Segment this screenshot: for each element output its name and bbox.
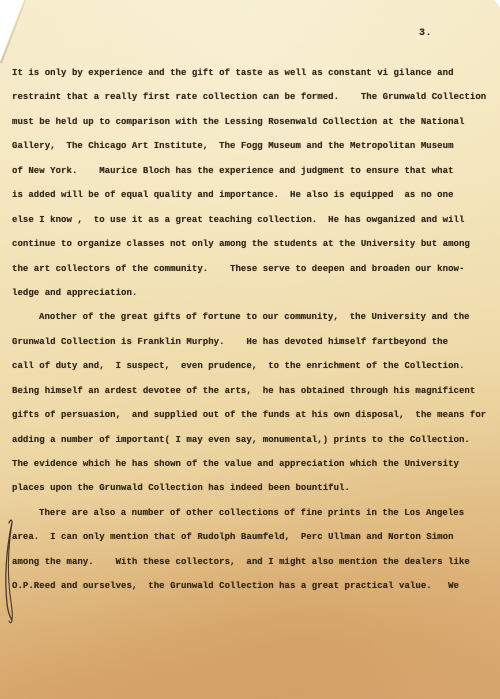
text-line: It is only by experience and the gift of… bbox=[12, 61, 494, 85]
text-line: of New York. Maurice Bloch has the exper… bbox=[12, 159, 494, 183]
text-line: The evidence which he has shown of the v… bbox=[12, 452, 494, 476]
text-line: continue to organize classes not only am… bbox=[12, 232, 494, 256]
text-line: restraint that a really first rate colle… bbox=[12, 85, 494, 109]
text-line: adding a number of important( I may even… bbox=[12, 428, 494, 452]
paragraph: There are also a number of other collect… bbox=[12, 501, 494, 599]
text-line: the art collectors of the community. The… bbox=[12, 257, 494, 281]
scanned-document: 3. It is only by experience and the gift… bbox=[0, 0, 500, 699]
text-line: call of duty and, I suspect, even pruden… bbox=[12, 354, 494, 378]
paragraph: Another of the great gifts of fortune to… bbox=[12, 305, 494, 501]
paragraph: It is only by experience and the gift of… bbox=[12, 61, 494, 305]
text-line: Grunwald Collection is Franklin Murphy. … bbox=[12, 330, 494, 354]
text-block: It is only by experience and the gift of… bbox=[12, 61, 494, 599]
text-line: Another of the great gifts of fortune to… bbox=[12, 305, 494, 329]
text-line: ledge and appreciation. bbox=[12, 281, 494, 305]
text-line: else I know , to use it as a great teach… bbox=[12, 208, 494, 232]
text-line: Being himself an ardest devotee of the a… bbox=[12, 379, 494, 403]
text-line: There are also a number of other collect… bbox=[12, 501, 494, 525]
text-line: area. I can only mention that of Rudolph… bbox=[12, 525, 494, 549]
text-line: is added will be of equal quality and im… bbox=[12, 183, 494, 207]
text-line: O.P.Reed and ourselves, the Grunwald Col… bbox=[12, 574, 494, 598]
page-number: 3. bbox=[419, 28, 432, 39]
text-line: among the many. With these collectors, a… bbox=[12, 550, 494, 574]
text-line: places upon the Grunwald Collection has … bbox=[12, 476, 494, 500]
text-line: Gallery, The Chicago Art Institute, The … bbox=[12, 134, 494, 158]
text-line: gifts of persuasion, and supplied out of… bbox=[12, 403, 494, 427]
text-line: must be held up to comparison with the L… bbox=[12, 110, 494, 134]
